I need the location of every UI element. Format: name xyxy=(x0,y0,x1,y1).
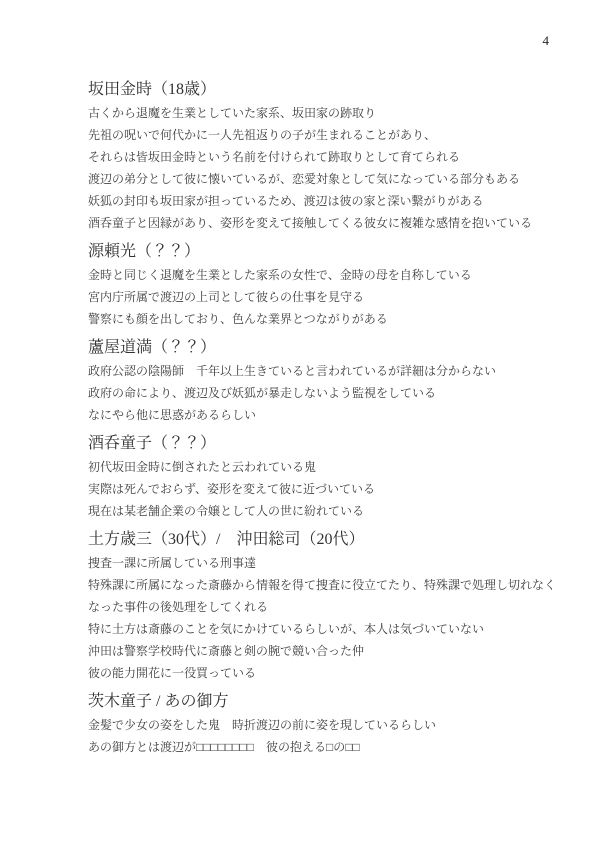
page-number: 4 xyxy=(543,33,550,48)
detail-line: 特に土方は斎藤のことを気にかけているらしいが、本人は気づいていない xyxy=(88,618,550,640)
document-content: 坂田金時（18歳） 古くから退魔を生業としていた家系、坂田家の跡取り 先祖の呪い… xyxy=(88,78,550,764)
character-section: 蘆屋道満（？？） 政府公認の陰陽師 千年以上生きていると言われているが詳細は分か… xyxy=(88,336,550,426)
detail-line: 酒呑童子と因縁があり、姿形を変えて接触してくる彼女に複雑な感情を抱いている xyxy=(88,212,550,234)
detail-line: なった事件の後処理をしてくれる xyxy=(88,596,550,618)
detail-line: 警察にも顔を出しており、色んな業界とつながりがある xyxy=(88,308,550,330)
detail-line: 妖狐の封印も坂田家が担っているため、渡辺は彼の家と深い繋がりがある xyxy=(88,190,550,212)
detail-line: 政府公認の陰陽師 千年以上生きていると言われているが詳細は分からない xyxy=(88,360,550,382)
section-heading: 坂田金時（18歳） xyxy=(88,78,550,102)
detail-line: 古くから退魔を生業としていた家系、坂田家の跡取り xyxy=(88,102,550,124)
detail-line: それらは皆坂田金時という名前を付けられて跡取りとして育てられる xyxy=(88,146,550,168)
detail-line: 沖田は警察学校時代に斎藤と剣の腕で競い合った仲 xyxy=(88,640,550,662)
section-heading: 土方歳三（30代）/ 沖田総司（20代） xyxy=(88,528,550,552)
character-section: 源頼光（？？） 金時と同じく退魔を生業とした家系の女性で、金時の母を自称している… xyxy=(88,240,550,330)
detail-line: なにやら他に思惑があるらしい xyxy=(88,404,550,426)
character-section: 坂田金時（18歳） 古くから退魔を生業としていた家系、坂田家の跡取り 先祖の呪い… xyxy=(88,78,550,234)
detail-line: 現在は某老舗企業の令嬢として人の世に紛れている xyxy=(88,500,550,522)
detail-line: 実際は死んでおらず、姿形を変えて彼に近づいている xyxy=(88,478,550,500)
document-page: 4 坂田金時（18歳） 古くから退魔を生業としていた家系、坂田家の跡取り 先祖の… xyxy=(0,0,606,851)
detail-line: 政府の命により、渡辺及び妖狐が暴走しないよう監視をしている xyxy=(88,382,550,404)
detail-line: 金時と同じく退魔を生業とした家系の女性で、金時の母を自称している xyxy=(88,264,550,286)
character-section: 酒呑童子（？？） 初代坂田金時に倒されたと云われている鬼 実際は死んでおらず、姿… xyxy=(88,432,550,522)
detail-line: 渡辺の弟分として彼に懐いているが、恋愛対象として気になっている部分もある xyxy=(88,168,550,190)
section-heading: 茨木童子 / あの御方 xyxy=(88,690,550,714)
section-heading: 源頼光（？？） xyxy=(88,240,550,264)
section-heading: 蘆屋道満（？？） xyxy=(88,336,550,360)
detail-line: 彼の能力開花に一役買っている xyxy=(88,662,550,684)
detail-line: 特殊課に所属になった斎藤から情報を得て捜査に役立てたり、特殊課で処理し切れなく xyxy=(88,574,550,596)
detail-line: 捜査一課に所属している刑事達 xyxy=(88,552,550,574)
character-section: 茨木童子 / あの御方 金髪で少女の姿をした鬼 時折渡辺の前に姿を現しているらし… xyxy=(88,690,550,758)
detail-line: 宮内庁所属で渡辺の上司として彼らの仕事を見守る xyxy=(88,286,550,308)
detail-line: 金髪で少女の姿をした鬼 時折渡辺の前に姿を現しているらしい xyxy=(88,714,550,736)
detail-line: 先祖の呪いで何代かに一人先祖返りの子が生まれることがあり、 xyxy=(88,124,550,146)
character-section: 土方歳三（30代）/ 沖田総司（20代） 捜査一課に所属している刑事達 特殊課に… xyxy=(88,528,550,684)
detail-line: あの御方とは渡辺が□□□□□□□□ 彼の抱える□の□□ xyxy=(88,736,550,758)
detail-line: 初代坂田金時に倒されたと云われている鬼 xyxy=(88,456,550,478)
section-heading: 酒呑童子（？？） xyxy=(88,432,550,456)
